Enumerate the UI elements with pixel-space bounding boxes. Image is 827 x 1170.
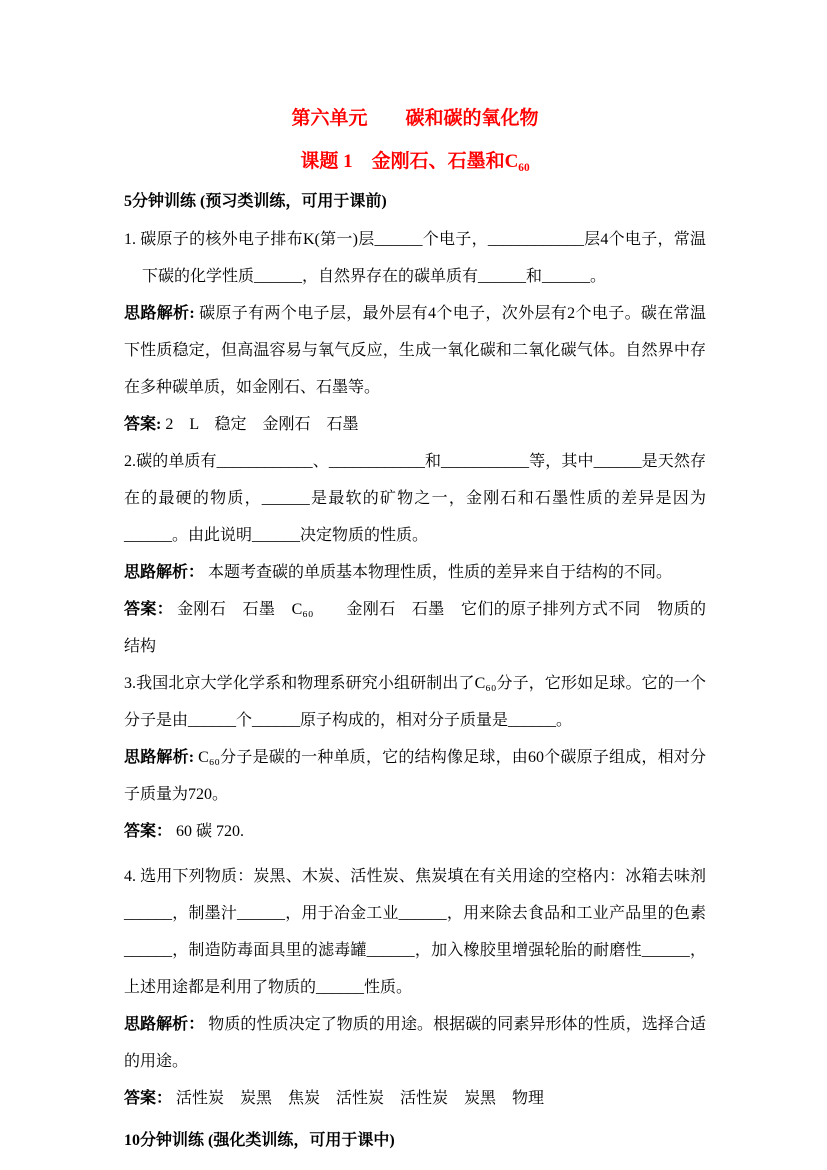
worksheet-content: 第六单元 碳和碳的氧化物 课题 1 金刚石、石墨和C₆₀ 5分钟训练 (预习类训…	[124, 97, 706, 1160]
answer-2-label: 答案：	[124, 601, 173, 618]
answer-4: 答案：活性炭 炭黑 焦炭 活性炭 活性炭 炭黑 物理	[124, 1080, 706, 1117]
section-header-10min: 10分钟训练 (强化类训练，可用于课中)	[124, 1122, 706, 1160]
analysis-2-text: 本题考查碳的单质基本物理性质，性质的差异来自于结构的不同。	[208, 564, 672, 581]
answer-2-text: 金刚石 石墨 C₆₀ 金刚石 石墨 它们的原子排列方式不同 物质的结构	[124, 601, 706, 655]
answer-1: 答案:2 L 稳定 金刚石 石墨	[124, 406, 706, 443]
analysis-1: 思路解析:碳原子有两个电子层，最外层有4个电子，次外层有2个电子。碳在常温下性质…	[124, 295, 706, 406]
answer-4-text: 活性炭 炭黑 焦炭 活性炭 活性炭 炭黑 物理	[176, 1090, 544, 1107]
question-4: 4. 选用下列物质：炭黑、木炭、活性炭、焦炭填在有关用途的空格内：冰箱去味剂__…	[124, 858, 706, 1006]
analysis-4: 思路解析：物质的性质决定了物质的用途。根据碳的同素异形体的性质，选择合适的用途。	[124, 1006, 706, 1080]
analysis-4-label: 思路解析：	[124, 1016, 204, 1033]
analysis-2: 思路解析：本题考查碳的单质基本物理性质，性质的差异来自于结构的不同。	[124, 554, 706, 591]
answer-4-label: 答案：	[124, 1090, 172, 1107]
question-2: 2.碳的单质有____________、____________和_______…	[124, 443, 706, 554]
answer-2: 答案：金刚石 石墨 C₆₀ 金刚石 石墨 它们的原子排列方式不同 物质的结构	[124, 591, 706, 665]
analysis-3-text: C₆₀分子是碳的一种单质，它的结构像足球，由60个碳原子组成，相对分子质量为72…	[124, 749, 706, 803]
analysis-2-label: 思路解析：	[124, 564, 204, 581]
answer-3-text: 60 碳 720.	[176, 823, 244, 840]
section-header-5min: 5分钟训练 (预习类训练，可用于课前)	[124, 183, 706, 221]
topic-title: 课题 1 金刚石、石墨和C₆₀	[124, 140, 706, 183]
analysis-4-text: 物质的性质决定了物质的用途。根据碳的同素异形体的性质，选择合适的用途。	[124, 1016, 706, 1070]
answer-1-text: 2 L 稳定 金刚石 石墨	[165, 416, 358, 433]
analysis-1-text: 碳原子有两个电子层，最外层有4个电子，次外层有2个电子。碳在常温下性质稳定，但高…	[124, 305, 706, 396]
question-1: 1. 碳原子的核外电子排布K(第一)层______个电子，___________…	[124, 221, 706, 295]
answer-1-label: 答案:	[124, 416, 161, 433]
analysis-3: 思路解析:C₆₀分子是碳的一种单质，它的结构像足球，由60个碳原子组成，相对分子…	[124, 739, 706, 813]
answer-3: 答案：60 碳 720.	[124, 813, 706, 850]
worksheet-page: 第六单元 碳和碳的氧化物 课题 1 金刚石、石墨和C₆₀ 5分钟训练 (预习类训…	[0, 0, 827, 1170]
question-3: 3.我国北京大学化学系和物理系研究小组研制出了C₆₀分子，它形如足球。它的一个分…	[124, 665, 706, 739]
answer-3-label: 答案：	[124, 823, 172, 840]
analysis-3-label: 思路解析:	[124, 749, 194, 766]
analysis-1-label: 思路解析:	[124, 305, 195, 322]
unit-title: 第六单元 碳和碳的氧化物	[124, 97, 706, 140]
